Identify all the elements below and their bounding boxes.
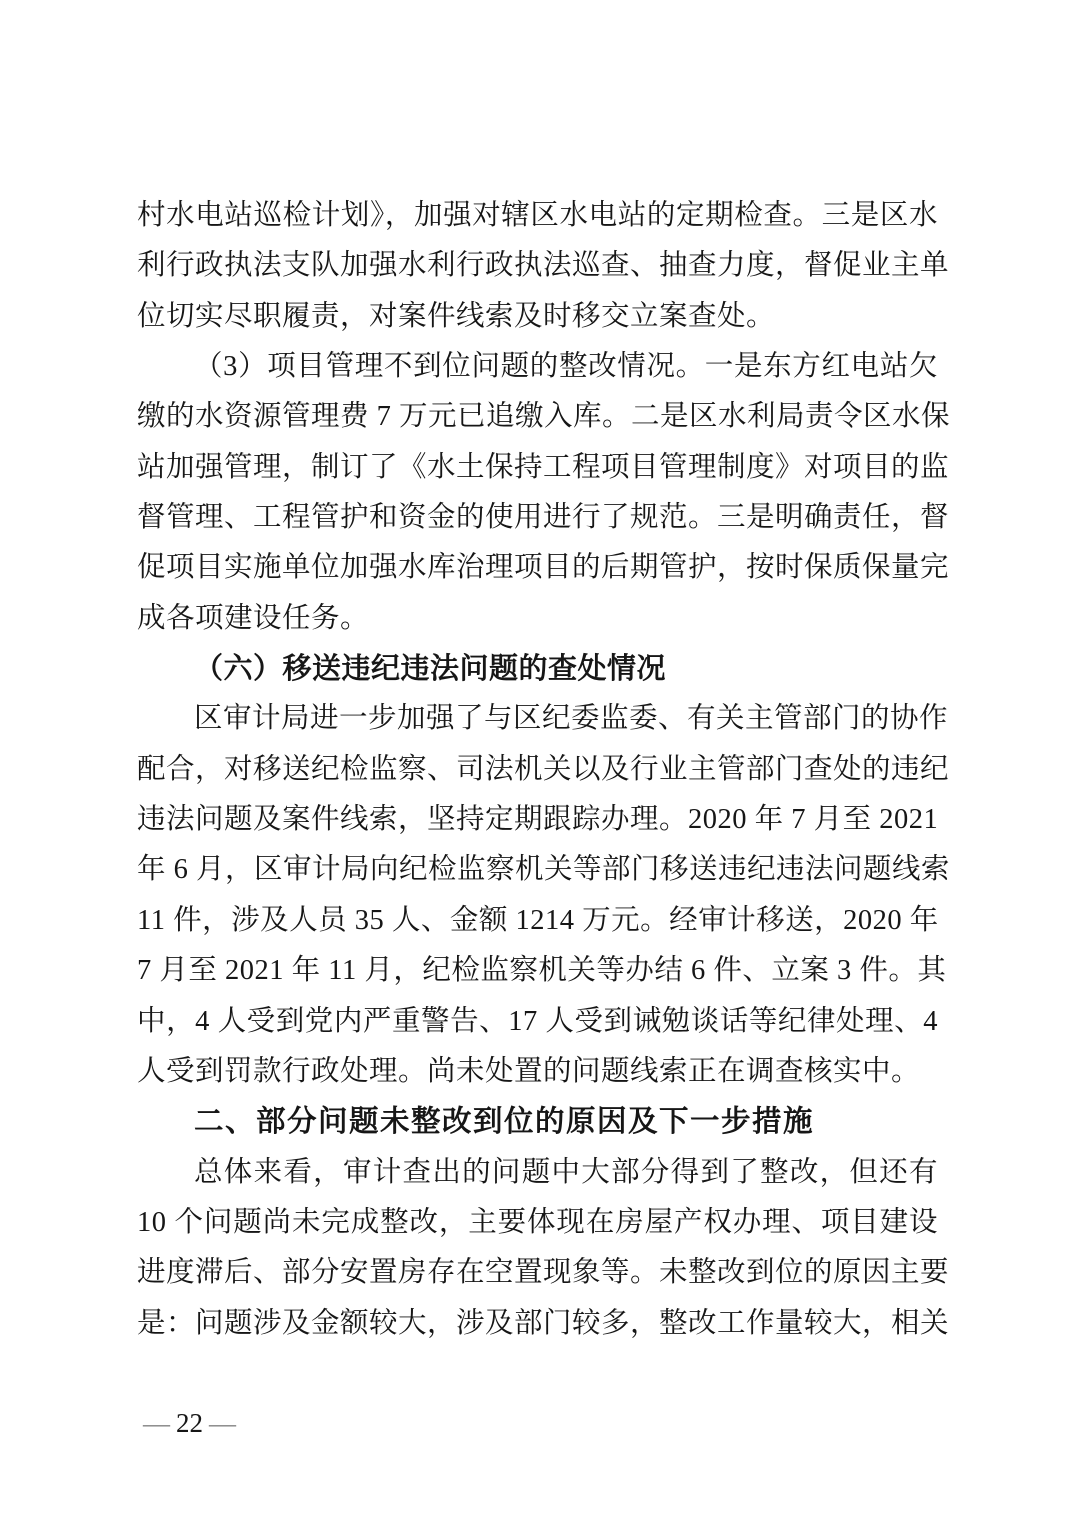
body-text-line: 促项目实施单位加强水库治理项目的后期管护，按时保质保量完 — [137, 543, 938, 593]
body-text-line: 配合，对移送纪检监察、司法机关以及行业主管部门查处的违纪 — [137, 745, 938, 795]
body-text-line: 人受到罚款行政处理。尚未处置的问题线索正在调查核实中。 — [137, 1047, 938, 1097]
page-number-value: 22 — [176, 1408, 203, 1438]
body-text-line: 村水电站巡检计划》，加强对辖区水电站的定期检查。三是区水 — [137, 191, 938, 241]
body-text-line: 督管理、工程管护和资金的使用进行了规范。三是明确责任，督 — [137, 493, 938, 543]
body-text-line: （3）项目管理不到位问题的整改情况。一是东方红电站欠 — [137, 342, 938, 392]
section-heading: 二、部分问题未整改到位的原因及下一步措施 — [137, 1097, 938, 1147]
body-text-line: 进度滞后、部分安置房存在空置现象等。未整改到位的原因主要 — [137, 1248, 938, 1298]
body-text-line: 违法问题及案件线索，坚持定期跟踪办理。2020 年 7 月至 2021 — [137, 795, 938, 845]
body-text-line: 利行政执法支队加强水利行政执法巡查、抽查力度，督促业主单 — [137, 241, 938, 291]
body-text-line: 位切实尽职履责，对案件线索及时移交立案查处。 — [137, 292, 938, 342]
body-text-line: 10 个问题尚未完成整改，主要体现在房屋产权办理、项目建设 — [137, 1198, 938, 1248]
body-text-line: 11 件，涉及人员 35 人、金额 1214 万元。经审计移送，2020 年 — [137, 896, 938, 946]
body-text-line: 区审计局进一步加强了与区纪委监委、有关主管部门的协作 — [137, 694, 938, 744]
body-text-line: 成各项建设任务。 — [137, 594, 938, 644]
body-text-line: 是：问题涉及金额较大，涉及部门较多，整改工作量较大，相关 — [137, 1299, 938, 1349]
page-number-dash-right: — — [203, 1408, 242, 1438]
document-page: { "colors": { "page_background": "#fffff… — [0, 0, 1074, 1520]
body-text-line: 缴的水资源管理费 7 万元已追缴入库。二是区水利局责令区水保 — [137, 392, 938, 442]
body-text-line: 总体来看，审计查出的问题中大部分得到了整改，但还有 — [137, 1148, 938, 1198]
subsection-heading: （六）移送违纪违法问题的查处情况 — [137, 644, 938, 694]
body-text-line: 7 月至 2021 年 11 月，纪检监察机关等办结 6 件、立案 3 件。其 — [137, 946, 938, 996]
page-number: —22— — [137, 1401, 242, 1445]
body-text-line: 站加强管理，制订了《水土保持工程项目管理制度》对项目的监 — [137, 443, 938, 493]
body-text-line: 中，4 人受到党内严重警告、17 人受到诫勉谈话等纪律处理、4 — [137, 997, 938, 1047]
page-number-dash-left: — — [137, 1408, 176, 1438]
text-column: 村水电站巡检计划》，加强对辖区水电站的定期检查。三是区水利行政执法支队加强水利行… — [137, 191, 938, 1349]
body-text-line: 年 6 月，区审计局向纪检监察机关等部门移送违纪违法问题线索 — [137, 845, 938, 895]
